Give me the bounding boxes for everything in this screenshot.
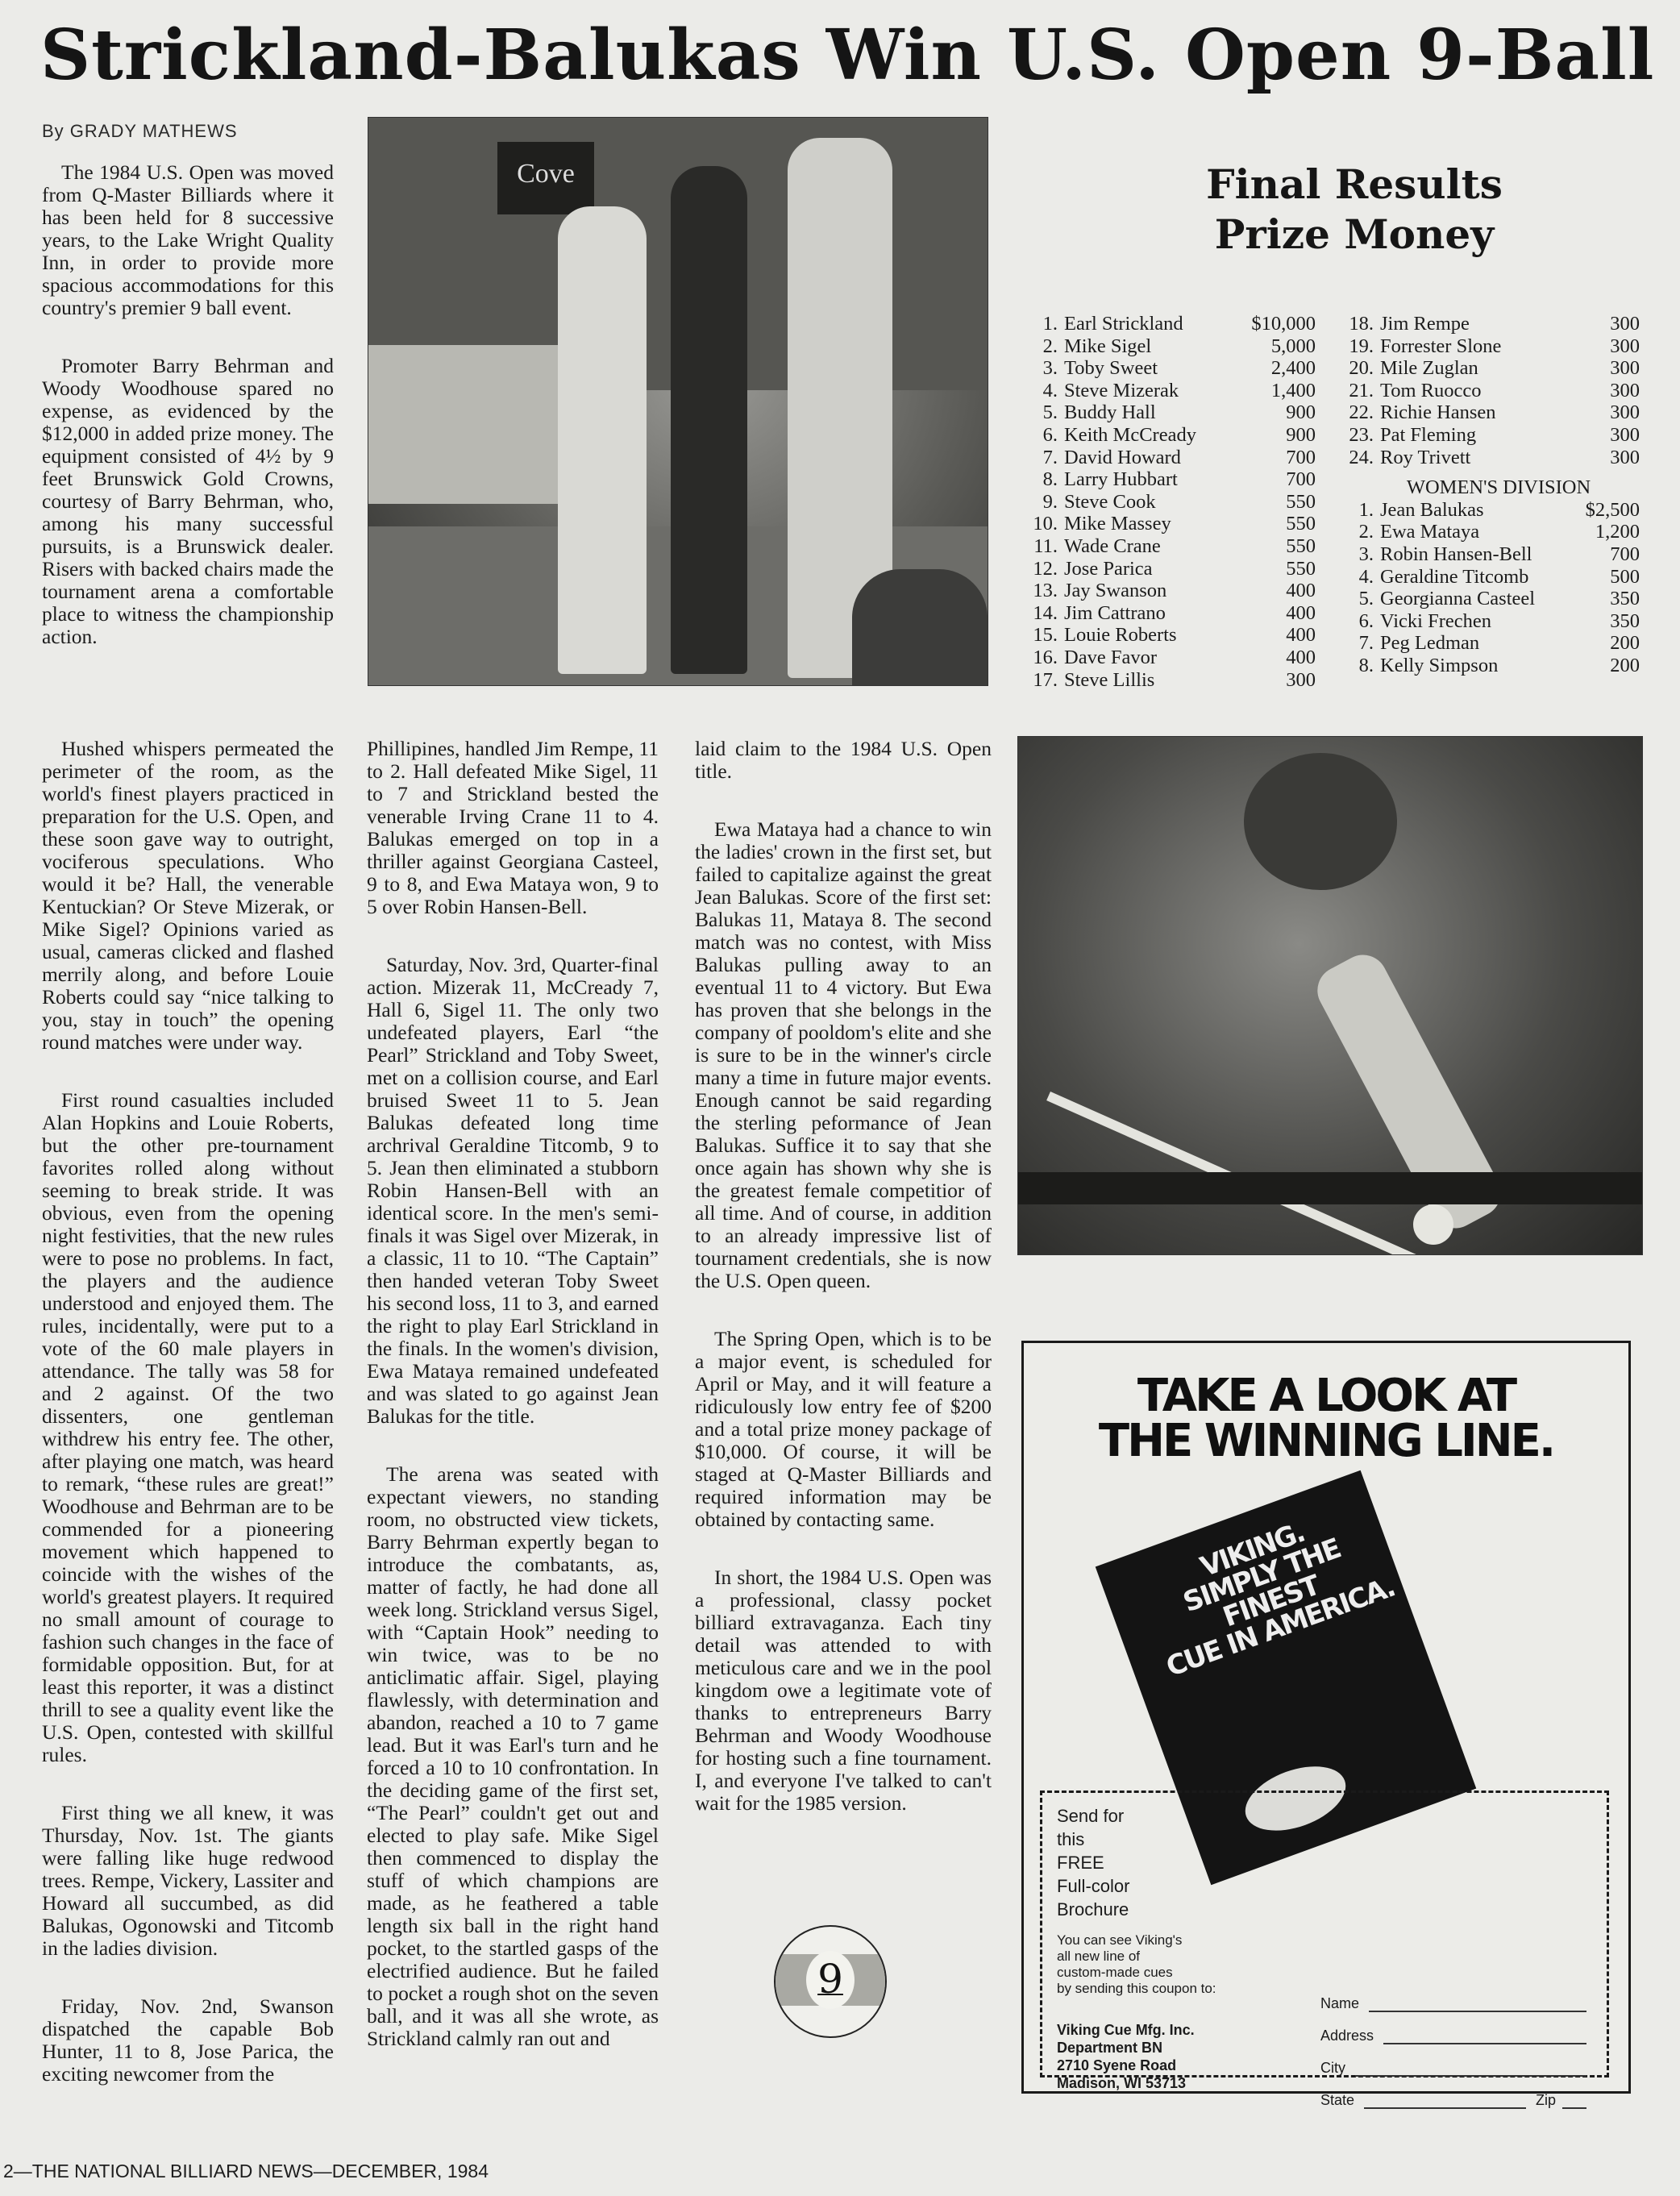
- results-name: Dave Favor: [1064, 647, 1286, 669]
- results-amount: 400: [1286, 580, 1316, 602]
- results-row: 5.Georgianna Casteel350: [1333, 588, 1640, 610]
- article-paragraph: The arena was seated with expectant view…: [367, 1463, 659, 2050]
- headline: Strickland-Balukas Win U.S. Open 9-Ball: [40, 15, 1645, 96]
- results-amount: 550: [1286, 513, 1316, 535]
- results-name: Geraldine Titcomb: [1380, 566, 1610, 589]
- results-name: Larry Hubbart: [1064, 468, 1286, 491]
- results-row: 7.Peg Ledman200: [1333, 632, 1640, 655]
- results-rank: 4.: [1017, 380, 1064, 402]
- results-name: Tom Ruocco: [1380, 380, 1610, 402]
- byline: By GRADY MATHEWS: [42, 121, 238, 142]
- mailing-address: Viking Cue Mfg. Inc. Department BN 2710 …: [1057, 2021, 1258, 2092]
- results-row: 7.David Howard700: [1017, 447, 1316, 469]
- name-input-line[interactable]: [1369, 1999, 1586, 2012]
- coupon-line: this: [1057, 1828, 1258, 1851]
- results-amount: 1,400: [1271, 380, 1316, 402]
- results-row: 21.Tom Ruocco300: [1333, 380, 1640, 402]
- results-rank: 4.: [1333, 566, 1380, 589]
- coupon-form: Name Address City StateZip: [1320, 1980, 1586, 2109]
- results-name: Steve Cook: [1064, 491, 1286, 514]
- results-name: Toby Sweet: [1064, 357, 1271, 380]
- nine-ball-icon: 9: [774, 1925, 887, 2038]
- results-row: 8.Larry Hubbart700: [1017, 468, 1316, 491]
- results-amount: 350: [1610, 588, 1640, 610]
- results-name: Steve Mizerak: [1064, 380, 1271, 402]
- article-paragraph: First round casualties included Alan Hop…: [42, 1089, 334, 1766]
- results-name: Jay Swanson: [1064, 580, 1286, 602]
- coupon-line: Brochure: [1057, 1898, 1258, 1921]
- results-title-line1: Final Results: [1145, 160, 1564, 210]
- results-amount: 700: [1286, 447, 1316, 469]
- results-name: Jose Parica: [1064, 558, 1286, 580]
- results-amount: 300: [1610, 424, 1640, 447]
- results-rank: 3.: [1333, 543, 1380, 566]
- results-rank: 22.: [1333, 401, 1380, 424]
- results-rank: 6.: [1017, 424, 1064, 447]
- city-input-line[interactable]: [1355, 2064, 1586, 2077]
- results-row: 20.Mile Zuglan300: [1333, 357, 1640, 380]
- coupon-text: Send for this FREE Full-color Brochure Y…: [1057, 1804, 1258, 2092]
- results-row: 19.Forrester Slone300: [1333, 335, 1640, 358]
- coupon-desc-line: all new line of: [1057, 1949, 1258, 1965]
- results-row: 22.Richie Hansen300: [1333, 401, 1640, 424]
- results-name: Mike Sigel: [1064, 335, 1271, 358]
- results-name: Ewa Mataya: [1380, 521, 1595, 543]
- results-amount: 5,000: [1271, 335, 1316, 358]
- ad-poster-text: VIKING. SIMPLY THE FINEST CUE IN AMERICA…: [1134, 1495, 1399, 1681]
- results-name: Mile Zuglan: [1380, 357, 1610, 380]
- article-paragraph: In short, the 1984 U.S. Open was a profe…: [695, 1566, 992, 1815]
- intro-column: The 1984 U.S. Open was moved from Q-Mast…: [42, 161, 334, 684]
- results-amount: 400: [1286, 602, 1316, 625]
- results-name: David Howard: [1064, 447, 1286, 469]
- results-row: 6.Keith McCready900: [1017, 424, 1316, 447]
- address-line: Viking Cue Mfg. Inc.: [1057, 2021, 1258, 2039]
- coupon-line: Full-color: [1057, 1874, 1258, 1898]
- results-rank: 21.: [1333, 380, 1380, 402]
- name-label: Name: [1320, 1995, 1359, 2012]
- results-rank: 23.: [1333, 424, 1380, 447]
- results-rank: 8.: [1333, 655, 1380, 677]
- results-amount: 200: [1610, 632, 1640, 655]
- results-rank: 2.: [1333, 521, 1380, 543]
- results-name: Jim Rempe: [1380, 313, 1610, 335]
- zip-label: Zip: [1536, 2092, 1556, 2109]
- results-rank: 2.: [1017, 335, 1064, 358]
- coupon-line: Send for: [1057, 1804, 1258, 1828]
- results-row: 10.Mike Massey550: [1017, 513, 1316, 535]
- results-row: 8.Kelly Simpson200: [1333, 655, 1640, 677]
- results-amount: 500: [1610, 566, 1640, 589]
- results-amount: 300: [1610, 401, 1640, 424]
- results-amount: 300: [1610, 357, 1640, 380]
- results-amount: 300: [1610, 447, 1640, 469]
- results-rank: 19.: [1333, 335, 1380, 358]
- results-row: 2.Mike Sigel5,000: [1017, 335, 1316, 358]
- state-zip-field[interactable]: StateZip: [1320, 2077, 1586, 2109]
- results-name: Pat Fleming: [1380, 424, 1610, 447]
- article-paragraph: Friday, Nov. 2nd, Swanson dispatched the…: [42, 1995, 334, 2086]
- results-row: 12.Jose Parica550: [1017, 558, 1316, 580]
- photo-plant: [852, 569, 988, 685]
- intro-paragraph-2: Promoter Barry Behrman and Woody Woodhou…: [42, 355, 334, 648]
- results-name: Jean Balukas: [1380, 499, 1586, 522]
- results-row: 1.Earl Strickland$10,000: [1017, 313, 1316, 335]
- results-rank: 24.: [1333, 447, 1380, 469]
- results-amount: 400: [1286, 647, 1316, 669]
- results-rank: 1.: [1017, 313, 1064, 335]
- results-row: 13.Jay Swanson400: [1017, 580, 1316, 602]
- article-column-1: Hushed whispers permeated the perimeter …: [42, 738, 334, 2121]
- ad-headline-line1: TAKE A LOOK AT: [1024, 1374, 1628, 1419]
- results-rank: 9.: [1017, 491, 1064, 514]
- results-rank: 3.: [1017, 357, 1064, 380]
- results-amount: 550: [1286, 491, 1316, 514]
- results-name: Richie Hansen: [1380, 401, 1610, 424]
- results-name: Jim Cattrano: [1064, 602, 1286, 625]
- results-rank: 20.: [1333, 357, 1380, 380]
- viking-cue-advertisement: TAKE A LOOK AT THE WINNING LINE. VIKING.…: [1021, 1341, 1631, 2094]
- results-row: 3.Toby Sweet2,400: [1017, 357, 1316, 380]
- results-row: 6.Vicki Frechen350: [1333, 610, 1640, 633]
- photo-person-left: [558, 206, 647, 674]
- results-amount: 400: [1286, 624, 1316, 647]
- zip-input-line[interactable]: [1562, 2096, 1586, 2109]
- results-row: 2.Ewa Mataya1,200: [1333, 521, 1640, 543]
- results-rank: 18.: [1333, 313, 1380, 335]
- photo-person-middle: [671, 166, 747, 674]
- address-line: 2710 Syene Road: [1057, 2057, 1258, 2074]
- results-rank: 11.: [1017, 535, 1064, 558]
- results-name: Steve Lillis: [1064, 669, 1286, 692]
- results-rank: 15.: [1017, 624, 1064, 647]
- article-paragraph: laid claim to the 1984 U.S. Open title.: [695, 738, 992, 783]
- results-rank: 14.: [1017, 602, 1064, 625]
- results-rank: 12.: [1017, 558, 1064, 580]
- results-amount: 300: [1610, 313, 1640, 335]
- results-rank: 10.: [1017, 513, 1064, 535]
- mens-results-left: 1.Earl Strickland$10,0002.Mike Sigel5,00…: [1017, 313, 1316, 691]
- article-paragraph: Saturday, Nov. 3rd, Quarter-final action…: [367, 954, 659, 1428]
- results-title-line2: Prize Money: [1145, 210, 1564, 260]
- results-rank: 16.: [1017, 647, 1064, 669]
- address-input-line[interactable]: [1383, 2032, 1586, 2044]
- coupon-desc-line: custom-made cues: [1057, 1965, 1258, 1981]
- results-amount: 900: [1286, 401, 1316, 424]
- address-field[interactable]: Address: [1320, 2012, 1586, 2044]
- ad-headline: TAKE A LOOK AT THE WINNING LINE.: [1024, 1374, 1628, 1464]
- results-rank: 8.: [1017, 468, 1064, 491]
- results-name: Buddy Hall: [1064, 401, 1286, 424]
- womens-division-heading: WOMEN'S DIVISION: [1333, 476, 1640, 499]
- mens-results-right: 18.Jim Rempe30019.Forrester Slone30020.M…: [1333, 313, 1640, 677]
- results-name: Georgianna Casteel: [1380, 588, 1610, 610]
- coupon-description: You can see Viking's all new line of cus…: [1057, 1932, 1258, 1997]
- article-paragraph: Phillipines, handled Jim Rempe, 11 to 2.…: [367, 738, 659, 918]
- results-row: 4.Geraldine Titcomb500: [1333, 566, 1640, 589]
- results-rank: 5.: [1333, 588, 1380, 610]
- results-name: Peg Ledman: [1380, 632, 1610, 655]
- ad-headline-line2: THE WINNING LINE.: [1024, 1419, 1628, 1464]
- article-column-2: Phillipines, handled Jim Rempe, 11 to 2.…: [367, 738, 659, 2086]
- photo-table-rail: [1018, 1172, 1642, 1204]
- results-name: Roy Trivett: [1380, 447, 1610, 469]
- results-rank: 13.: [1017, 580, 1064, 602]
- results-name: Louie Roberts: [1064, 624, 1286, 647]
- nine-ball-number: 9: [806, 1951, 855, 2009]
- photo-cue-ball: [1413, 1204, 1453, 1245]
- results-row: 17.Steve Lillis300: [1017, 669, 1316, 692]
- results-name: Earl Strickland: [1064, 313, 1251, 335]
- results-row: 23.Pat Fleming300: [1333, 424, 1640, 447]
- results-rank: 1.: [1333, 499, 1380, 522]
- results-row: 9.Steve Cook550: [1017, 491, 1316, 514]
- results-row: 18.Jim Rempe300: [1333, 313, 1640, 335]
- results-row: 15.Louie Roberts400: [1017, 624, 1316, 647]
- results-name: Kelly Simpson: [1380, 655, 1610, 677]
- results-amount: 300: [1286, 669, 1316, 692]
- city-label: City: [1320, 2060, 1345, 2077]
- article-paragraph: First thing we all knew, it was Thursday…: [42, 1802, 334, 1960]
- name-field[interactable]: Name: [1320, 1980, 1586, 2012]
- results-amount: 200: [1610, 655, 1640, 677]
- award-photo: Cove: [368, 117, 988, 686]
- results-name: Vicki Frechen: [1380, 610, 1610, 633]
- address-line: Department BN: [1057, 2039, 1258, 2057]
- results-amount: $10,000: [1251, 313, 1316, 335]
- address-line: Madison, WI 53713: [1057, 2074, 1258, 2092]
- coupon-desc-line: You can see Viking's: [1057, 1932, 1258, 1949]
- intro-paragraph-1: The 1984 U.S. Open was moved from Q-Mast…: [42, 161, 334, 319]
- results-row: 1.Jean Balukas$2,500: [1333, 499, 1640, 522]
- results-amount: 300: [1610, 335, 1640, 358]
- results-row: 14.Jim Cattrano400: [1017, 602, 1316, 625]
- results-amount: 1,200: [1595, 521, 1640, 543]
- results-rank: 5.: [1017, 401, 1064, 424]
- state-input-line[interactable]: [1364, 2096, 1526, 2109]
- results-rank: 17.: [1017, 669, 1064, 692]
- results-rank: 7.: [1333, 632, 1380, 655]
- photo-player-head: [1244, 753, 1397, 890]
- results-amount: $2,500: [1586, 499, 1640, 522]
- photo-sign: Cove: [497, 142, 594, 214]
- results-amount: 700: [1610, 543, 1640, 566]
- results-row: 24.Roy Trivett300: [1333, 447, 1640, 469]
- article-column-3: laid claim to the 1984 U.S. Open title. …: [695, 738, 992, 1850]
- results-name: Keith McCready: [1064, 424, 1286, 447]
- results-row: 16.Dave Favor400: [1017, 647, 1316, 669]
- brochure-coupon[interactable]: Send for this FREE Full-color Brochure Y…: [1040, 1790, 1609, 2077]
- results-title: Final Results Prize Money: [1145, 160, 1564, 260]
- coupon-desc-line: by sending this coupon to:: [1057, 1981, 1258, 1997]
- results-name: Wade Crane: [1064, 535, 1286, 558]
- results-row: 3.Robin Hansen-Bell700: [1333, 543, 1640, 566]
- results-row: 5.Buddy Hall900: [1017, 401, 1316, 424]
- results-name: Forrester Slone: [1380, 335, 1610, 358]
- results-row: 4.Steve Mizerak1,400: [1017, 380, 1316, 402]
- results-amount: 350: [1610, 610, 1640, 633]
- city-field[interactable]: City: [1320, 2044, 1586, 2077]
- results-amount: 700: [1286, 468, 1316, 491]
- results-amount: 2,400: [1271, 357, 1316, 380]
- results-amount: 300: [1610, 380, 1640, 402]
- article-paragraph: Hushed whispers permeated the perimeter …: [42, 738, 334, 1054]
- coupon-line: FREE: [1057, 1851, 1258, 1874]
- state-label: State: [1320, 2092, 1354, 2109]
- article-paragraph: The Spring Open, which is to be a major …: [695, 1328, 992, 1531]
- results-amount: 900: [1286, 424, 1316, 447]
- results-amount: 550: [1286, 535, 1316, 558]
- results-amount: 550: [1286, 558, 1316, 580]
- address-label: Address: [1320, 2028, 1374, 2044]
- results-rank: 6.: [1333, 610, 1380, 633]
- results-name: Robin Hansen-Bell: [1380, 543, 1610, 566]
- article-paragraph: Ewa Mataya had a chance to win the ladie…: [695, 818, 992, 1292]
- results-name: Mike Massey: [1064, 513, 1286, 535]
- page-footer: 2—THE NATIONAL BILLIARD NEWS—DECEMBER, 1…: [3, 2161, 489, 2182]
- player-shooting-photo: [1017, 736, 1643, 1255]
- results-row: 11.Wade Crane550: [1017, 535, 1316, 558]
- results-rank: 7.: [1017, 447, 1064, 469]
